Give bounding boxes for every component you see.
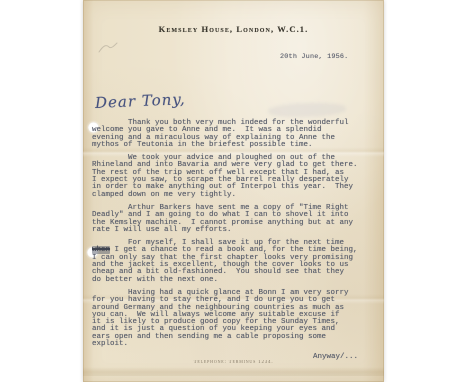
scanned-letter: Kemsley House, London, W.C.1. 20th June,… — [0, 0, 468, 382]
paragraph-1: Thank you both very much indeed for the … — [92, 120, 376, 149]
paragraph-4-post: I get a chance to read a book and, for t… — [92, 246, 358, 283]
paragraph-3: Arthur Barkers have sent me a copy of "T… — [92, 205, 376, 234]
letterhead: Kemsley House, London, W.C.1. — [83, 24, 384, 34]
salutation-handwritten: Dear Tony, — [95, 90, 186, 112]
paragraph-5: Having had a quick glance at Bonn I am v… — [92, 290, 376, 348]
bottom-edge-shadow — [83, 367, 384, 376]
paper: Kemsley House, London, W.C.1. 20th June,… — [83, 0, 384, 382]
paragraph-4: For myself, I shall save it up for the n… — [92, 240, 376, 284]
pencil-mark — [97, 40, 119, 56]
telephone-footer: Telephone: Terminus 1234. — [83, 359, 384, 365]
date-line: 20th June, 1956. — [280, 53, 348, 61]
paragraph-2: We took your advice and ploughed on out … — [92, 155, 376, 199]
ink-smudge — [268, 102, 346, 119]
letter-body: Thank you both very much indeed for the … — [92, 120, 376, 368]
